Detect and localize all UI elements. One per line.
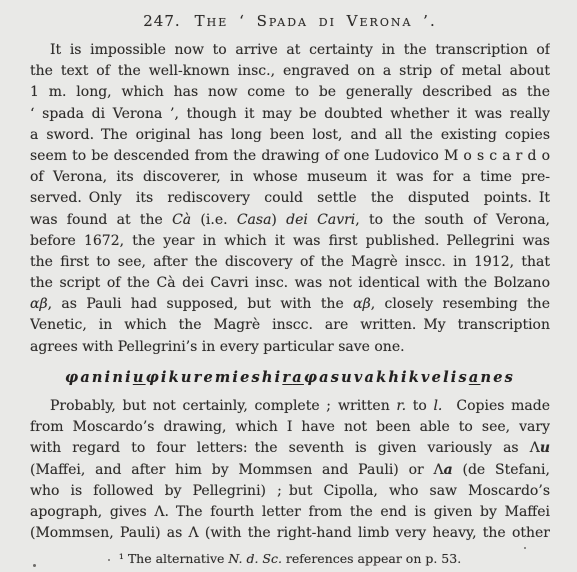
scan-speck <box>524 547 526 549</box>
text-line: the script of the Cà dei Cavri insc. was… <box>30 273 550 294</box>
text-segment: references appear on p. 53. <box>282 551 461 566</box>
text-segment: , as Pauli had supposed, but with the <box>48 296 354 312</box>
underlined-letter: a <box>292 369 304 386</box>
text-segment: φikuremieshi <box>146 369 283 386</box>
text-segment: of Verona, its discoverer, in whose muse… <box>30 169 550 185</box>
text-line: It is impossible now to arrive at certai… <box>30 40 550 61</box>
text-segment: from Moscardo’s drawing, which I have no… <box>30 419 550 435</box>
text-line: 1 m. long, which has now come to be gene… <box>30 82 550 103</box>
text-line: was found at the Cà (i.e. Casa) dei Cavr… <box>30 210 550 231</box>
text-segment: to <box>406 398 433 414</box>
styled-segment: dei Cavri <box>286 212 355 228</box>
text-segment: , to the south of Verona, <box>355 212 550 228</box>
text-segment: Venetic, in which the Magrè inscc. are w… <box>30 317 550 333</box>
text-segment: nes <box>480 369 515 386</box>
scan-speck <box>33 564 36 567</box>
text-segment: the script of the Cà dei Cavri insc. was… <box>30 275 550 291</box>
section-title: The ‘ Spada di Verona ’. <box>195 12 437 30</box>
text-line: Probably, but not certainly, complete ; … <box>30 396 550 417</box>
body-paragraph-1: It is impossible now to arrive at certai… <box>30 40 550 358</box>
text-segment: a sword. The original has long been lost… <box>30 127 550 143</box>
text-segment: before 1672, the year in which it was fi… <box>30 233 550 249</box>
text-segment: seem to be descended from the drawing of… <box>30 148 550 164</box>
text-segment: (Maffei, and after him by Mommsen and Pa… <box>30 462 444 478</box>
text-line: of Verona, its discoverer, in whose muse… <box>30 167 550 188</box>
styled-segment: r. <box>396 398 406 414</box>
text-segment: agrees with Pellegrini’s in every partic… <box>30 339 405 355</box>
text-line: the first to see, after the discovery of… <box>30 252 550 273</box>
text-segment: 1 m. long, which has now come to be gene… <box>30 84 550 100</box>
text-line: seem to be descended from the drawing of… <box>30 146 550 167</box>
scan-speck <box>108 559 110 561</box>
text-segment: the first to see, after the discovery of… <box>30 254 550 270</box>
text-segment: apograph, gives Λ. The fourth letter fro… <box>30 504 550 520</box>
text-line: Venetic, in which the Magrè inscc. are w… <box>30 315 550 336</box>
text-segment: Probably, but not certainly, complete ; … <box>50 398 396 414</box>
text-segment: with regard to four letters: the seventh… <box>30 440 540 456</box>
text-line: agrees with Pellegrini’s in every partic… <box>30 337 550 358</box>
text-segment: (Mommsen, Pauli) as Λ (with the right-ha… <box>30 525 550 541</box>
text-segment: Copies made <box>442 398 550 414</box>
underlined-letter: u <box>133 369 146 386</box>
text-line: with regard to four letters: the seventh… <box>30 438 550 459</box>
text-line: before 1672, the year in which it was fi… <box>30 231 550 252</box>
text-line: (Mommsen, Pauli) as Λ (with the right-ha… <box>30 523 550 544</box>
text-segment: was found at the <box>30 212 172 228</box>
text-segment: ‘ spada di Verona ’, though it may be do… <box>30 106 550 122</box>
underlined-letter: r <box>282 369 292 386</box>
styled-segment: u <box>540 440 550 456</box>
inscription-transliteration: φaniniuφikuremieshiraφasuvakhikvelisanes <box>30 367 550 388</box>
styled-segment: Casa <box>237 212 272 228</box>
text-line: the text of the well-known insc., engrav… <box>30 61 550 82</box>
text-line: who is followed by Pellegrini) ; but Cip… <box>30 481 550 502</box>
text-line: from Moscardo’s drawing, which I have no… <box>30 417 550 438</box>
text-line: a sword. The original has long been lost… <box>30 125 550 146</box>
styled-segment: αβ <box>353 296 371 312</box>
body-paragraph-2: Probably, but not certainly, complete ; … <box>30 396 550 544</box>
text-segment: (i.e. <box>191 212 237 228</box>
text-segment: served. Only its rediscovery could settl… <box>30 190 550 206</box>
text-segment: who is followed by Pellegrini) ; but Cip… <box>30 483 550 499</box>
text-line: ‘ spada di Verona ’, though it may be do… <box>30 104 550 125</box>
text-segment: It is impossible now to arrive at certai… <box>50 42 550 58</box>
text-line: (Maffei, and after him by Mommsen and Pa… <box>30 460 550 481</box>
text-line: served. Only its rediscovery could settl… <box>30 188 550 209</box>
styled-segment: a <box>444 462 453 478</box>
text-line: apograph, gives Λ. The fourth letter fro… <box>30 502 550 523</box>
styled-segment: Cà <box>172 212 191 228</box>
text-line: φaniniuφikuremieshiraφasuvakhikvelisanes <box>30 367 550 388</box>
text-segment: φanini <box>65 369 133 386</box>
text-segment: ¹ The alternative <box>119 551 229 566</box>
styled-segment: αβ <box>30 296 48 312</box>
text-line: αβ, as Pauli had supposed, but with the … <box>30 294 550 315</box>
text-segment: (de Stefani, <box>453 462 550 478</box>
scanned-book-page: 247.The ‘ Spada di Verona ’. It is impos… <box>0 0 577 572</box>
text-segment: φasuvakhikvelis <box>304 369 469 386</box>
styled-segment: N. d. Sc. <box>228 551 282 566</box>
section-number: 247. <box>143 12 180 30</box>
underlined-letter: a <box>469 369 481 386</box>
text-segment: the text of the well-known insc., engrav… <box>30 63 550 79</box>
text-segment: , closely resembing the <box>371 296 550 312</box>
text-segment: ) <box>271 212 286 228</box>
page-header: 247.The ‘ Spada di Verona ’. <box>30 12 550 30</box>
